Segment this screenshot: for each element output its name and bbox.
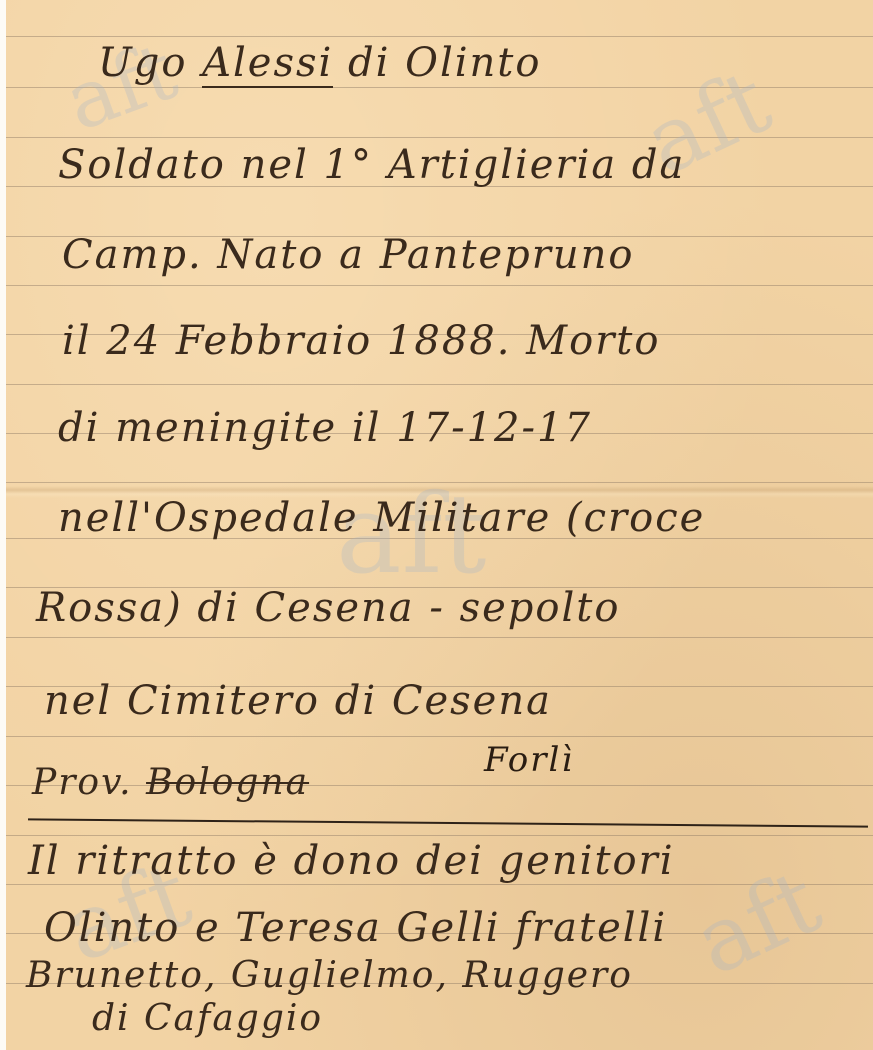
line-rank: Soldato nel 1° Artiglieria da: [58, 142, 685, 188]
surname: Alessi: [202, 40, 333, 88]
handwritten-page: aft aft aft aft aft Ugo Alessi di Olinto…: [6, 0, 873, 1050]
line-province: Prov. Bologna: [32, 762, 309, 803]
line-cemetery: nel Cimitero di Cesena: [44, 678, 552, 724]
line-birthplace: Camp. Nato a Pantepruno: [62, 232, 635, 278]
struck-province: Bologna: [146, 762, 309, 803]
birthplace: Pantepruno: [380, 232, 635, 278]
ruled-line: [6, 87, 873, 88]
ruled-line: [6, 36, 873, 37]
ruled-line: [6, 835, 873, 836]
line-burial: Rossa) di Cesena - sepolto: [36, 585, 620, 631]
ruled-line: [6, 637, 873, 638]
line-portrait-gift: Il ritratto è dono dei genitori: [28, 838, 675, 884]
ruled-line: [6, 384, 873, 385]
line-birthdate: il 24 Febbraio 1888. Morto: [62, 318, 660, 364]
line-parents: Olinto e Teresa Gelli fratelli: [44, 905, 667, 951]
line-hospital: nell'Ospedale Militare (croce: [58, 495, 705, 541]
line-brothers: Brunetto, Guglielmo, Ruggero: [26, 955, 633, 996]
ruled-line: [6, 736, 873, 737]
line-death: di meningite il 17-12-17: [58, 405, 592, 451]
ruled-line: [6, 285, 873, 286]
line-name: Ugo Alessi di Olinto: [98, 40, 541, 86]
province-correction: Forlì: [484, 740, 574, 780]
ruled-line: [6, 884, 873, 885]
ruled-line: [6, 482, 873, 483]
line-origin: di Cafaggio: [92, 998, 323, 1039]
watermark: aft: [680, 849, 836, 996]
divider-line: [28, 818, 868, 827]
ruled-line: [6, 137, 873, 138]
